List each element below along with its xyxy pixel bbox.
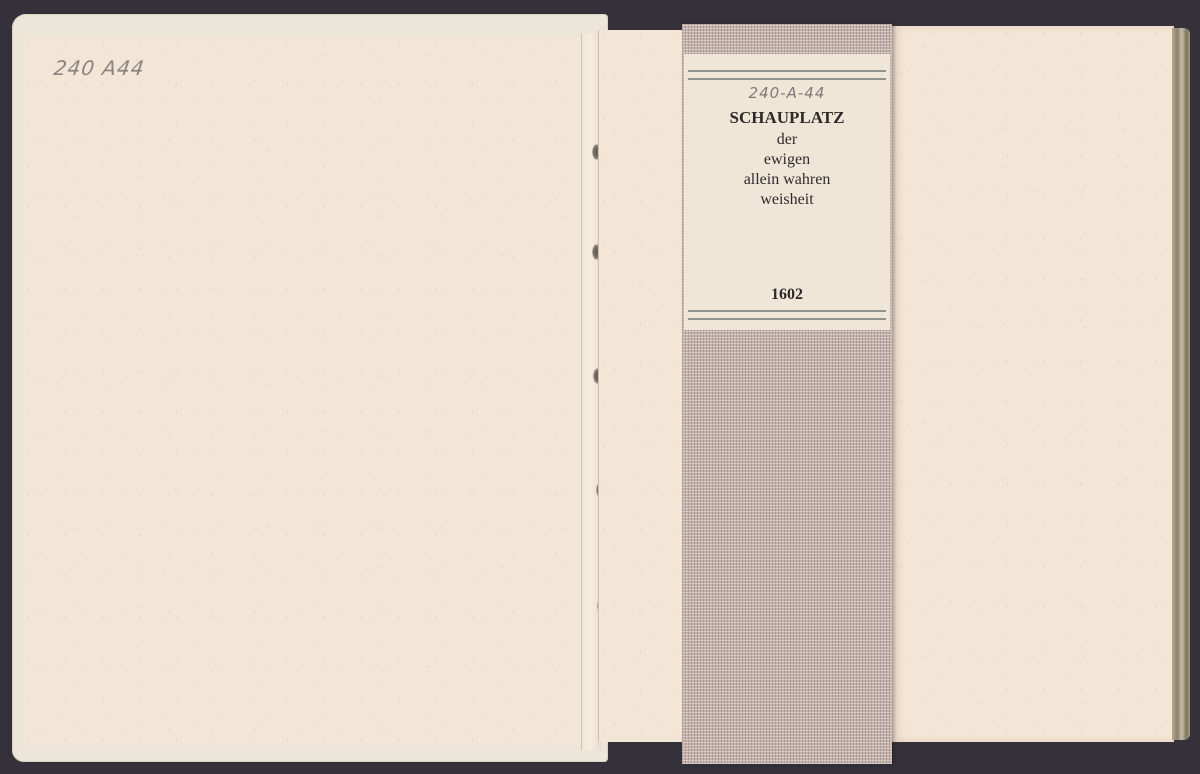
gutter-flyleaf [598,30,685,742]
subtitle-line: allein wahren [684,170,890,190]
spine-title-label: 240-A-44 SCHAUPLATZ der ewigen allein wa… [684,54,890,330]
label-rule-bottom [688,310,886,320]
label-rule-top [688,70,886,80]
publication-year: 1602 [684,286,890,304]
cloth-spine-strip: 240-A-44 SCHAUPLATZ der ewigen allein wa… [682,24,892,764]
subtitle-line: der [684,130,890,150]
subtitle-line: weisheit [684,190,890,210]
pencil-shelfmark-left: 240 A44 [52,56,146,80]
left-endpaper: 240 A44 [24,36,580,746]
left-cover-board: 240 A44 [12,14,608,762]
right-endpaper [892,26,1174,742]
page-edges [1172,28,1190,740]
pencil-shelfmark-label: 240-A-44 [684,84,890,102]
book-subtitle: der ewigen allein wahren weisheit [684,130,890,210]
subtitle-line: ewigen [684,150,890,170]
book-title: SCHAUPLATZ [684,108,890,128]
